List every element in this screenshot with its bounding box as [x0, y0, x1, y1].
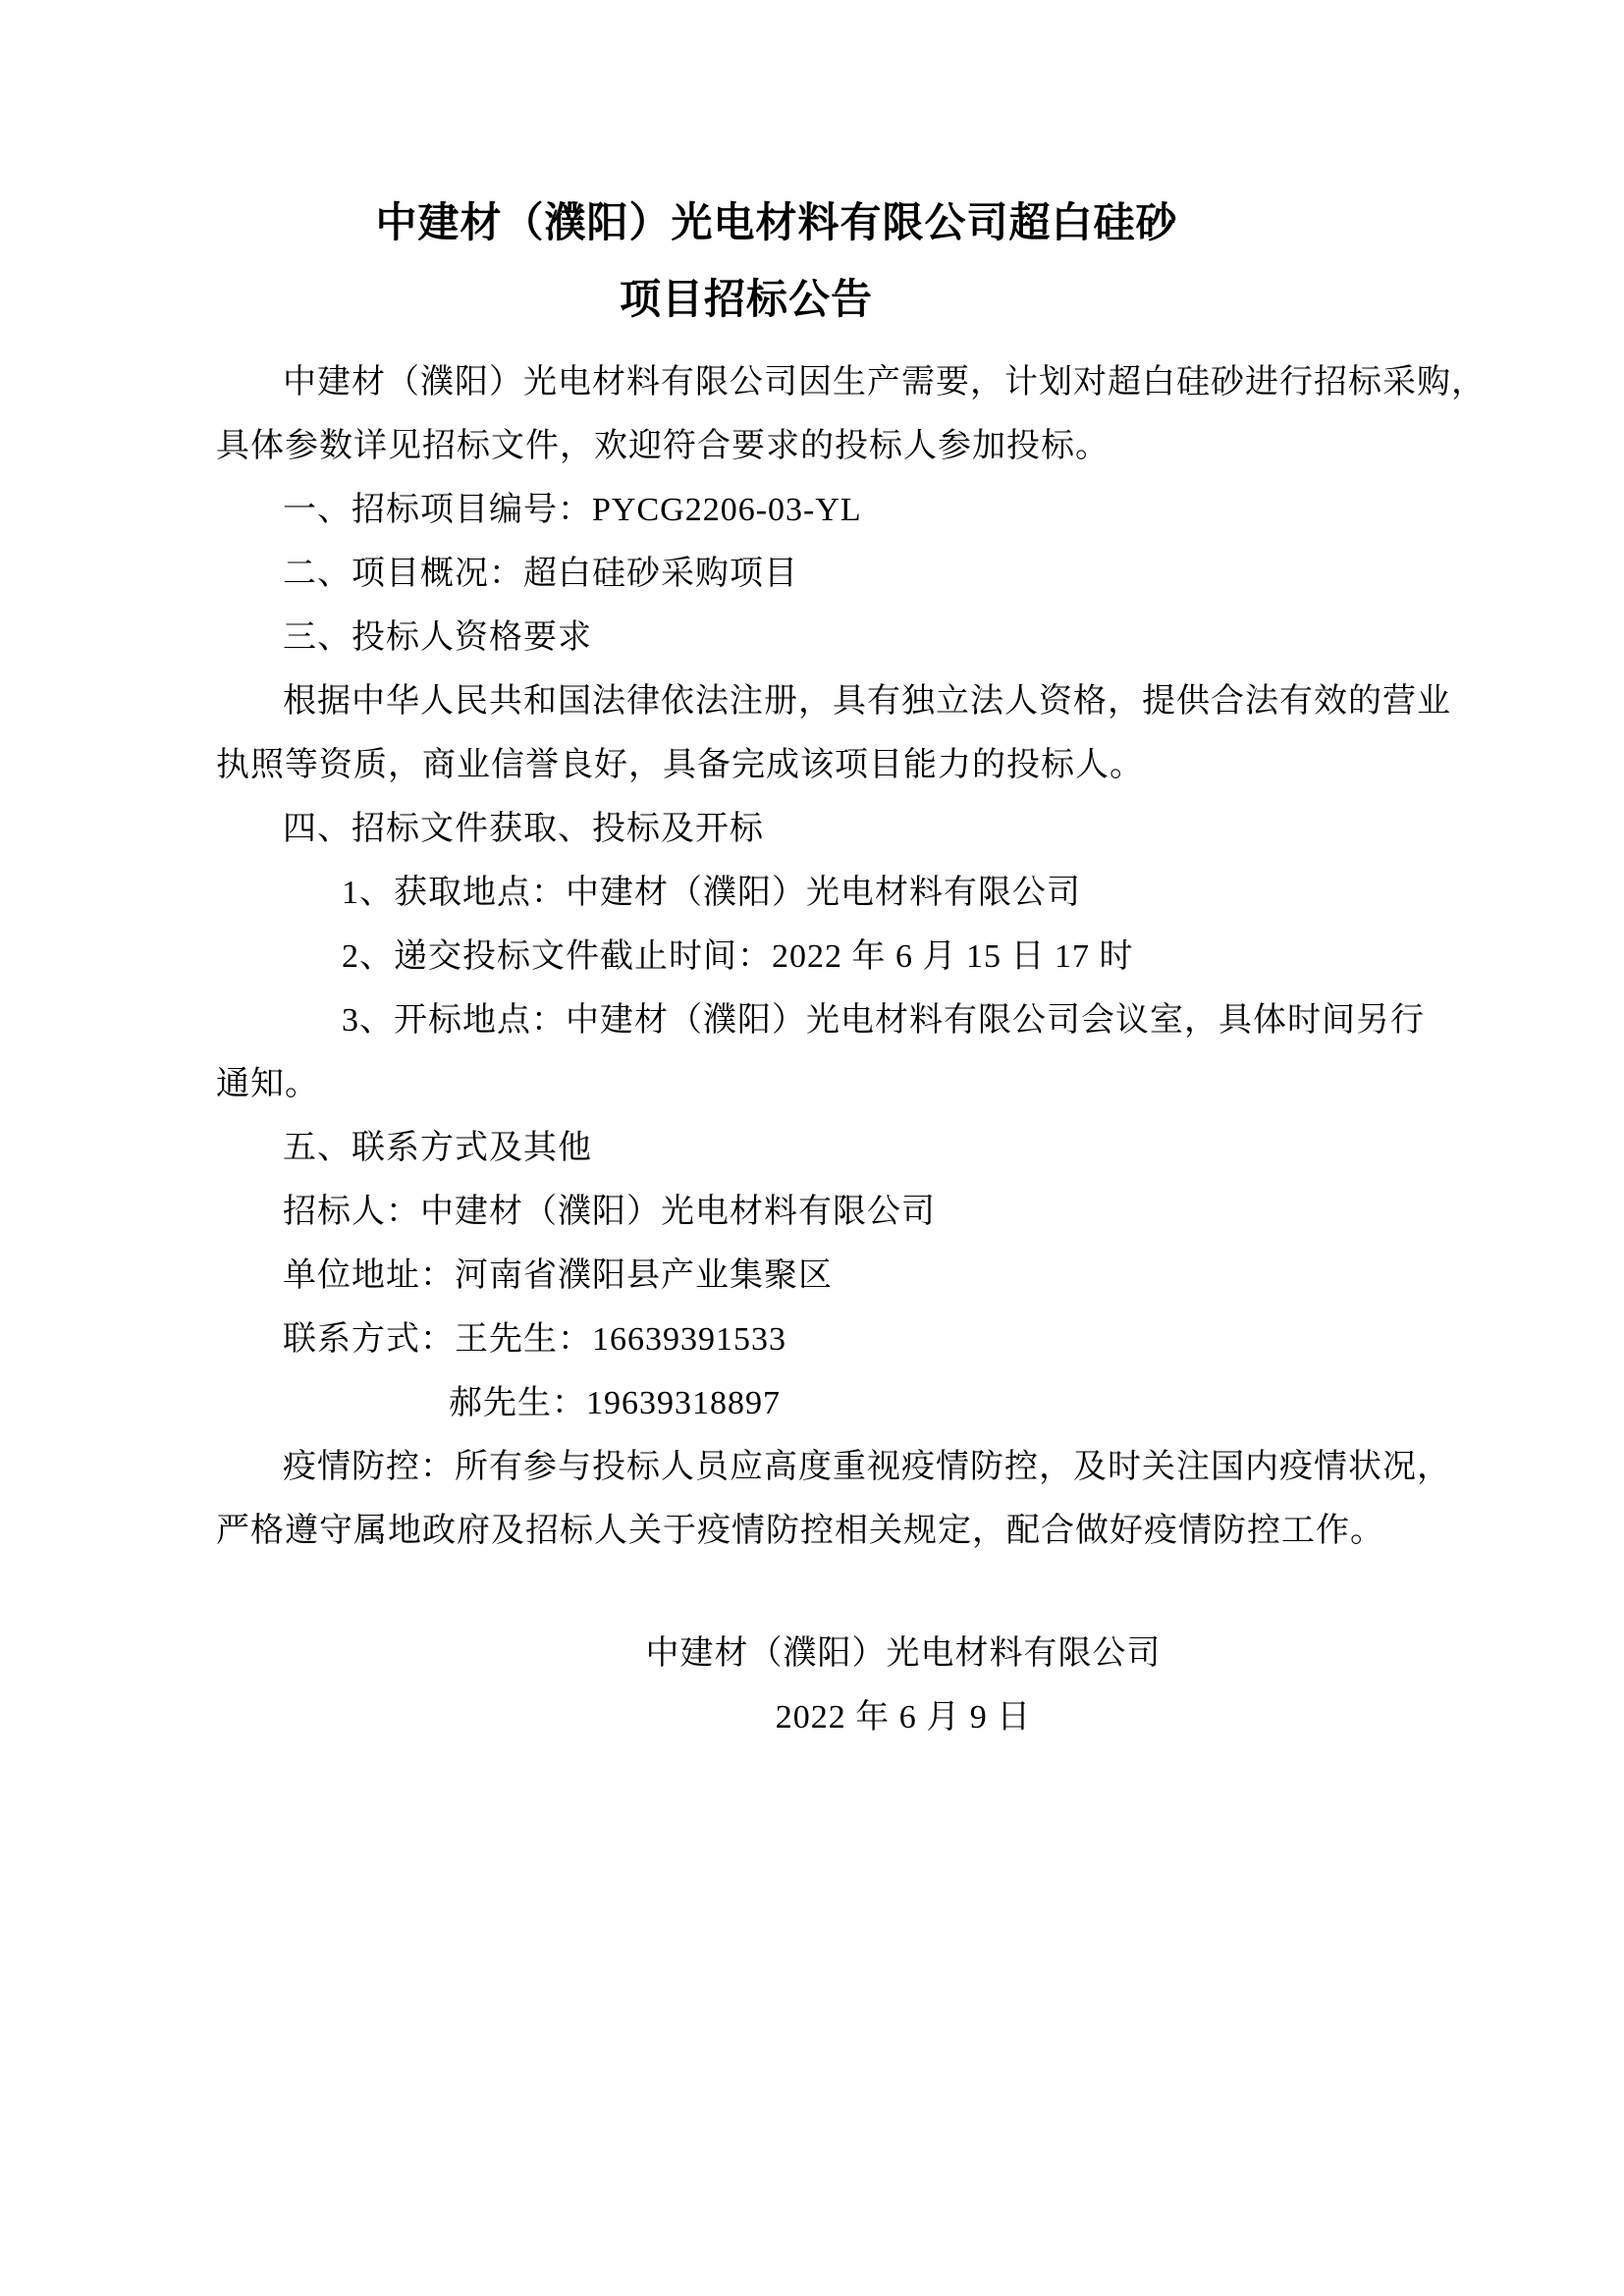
contact-phone-wang: 联系方式：王先生：16639391533 [283, 1308, 1404, 1371]
section-4-bid-process: 四、招标文件获取、投标及开标 [283, 797, 1404, 861]
sub-item-1-location: 1、获取地点：中建材（濮阳）光电材料有限公司 [342, 861, 1404, 925]
signature-block: 中建材（濮阳）光电材料有限公司 2022 年 6 月 9 日 [216, 1622, 1404, 1749]
document-body: 中建材（濮阳）光电材料有限公司因生产需要，计划对超白硅砂进行招标采购， 具体参数… [216, 350, 1404, 1563]
opening-continued: 通知。 [216, 1052, 1404, 1116]
sub-item-2-deadline: 2、递交投标文件截止时间：2022 年 6 月 15 日 17 时 [342, 925, 1404, 988]
intro-line-2: 具体参数详见招标文件，欢迎符合要求的投标人参加投标。 [216, 414, 1404, 478]
covid-line-2: 严格遵守属地政府及招标人关于疫情防控相关规定，配合做好疫情防控工作。 [216, 1499, 1404, 1563]
contact-phone-hao: 郝先生：19639318897 [449, 1371, 1404, 1435]
section-2-overview: 二、项目概况：超白硅砂采购项目 [283, 542, 1404, 606]
document-title-line1: 中建材（濮阳）光电材料有限公司超白硅砂 [183, 185, 1371, 261]
document-title-line2: 项目招标公告 [152, 261, 1340, 338]
section-5-contact: 五、联系方式及其他 [283, 1116, 1404, 1180]
contact-address: 单位地址：河南省濮阳县产业集聚区 [283, 1244, 1404, 1308]
sub-item-3-opening: 3、开标地点：中建材（濮阳）光电材料有限公司会议室，具体时间另行 [342, 988, 1404, 1052]
document-page: 中建材（濮阳）光电材料有限公司超白硅砂 项目招标公告 中建材（濮阳）光电材料有限… [0, 0, 1624, 2296]
signature-date: 2022 年 6 月 9 日 [309, 1685, 1497, 1749]
intro-line-1: 中建材（濮阳）光电材料有限公司因生产需要，计划对超白硅砂进行招标采购， [283, 350, 1404, 414]
contact-tenderer: 招标人：中建材（濮阳）光电材料有限公司 [283, 1180, 1404, 1244]
qualification-line-2: 执照等资质，商业信誉良好，具备完成该项目能力的投标人。 [216, 733, 1404, 797]
signature-company: 中建材（濮阳）光电材料有限公司 [309, 1622, 1497, 1685]
section-1-project-number: 一、招标项目编号：PYCG2206-03-YL [283, 478, 1404, 542]
qualification-line-1: 根据中华人民共和国法律依法注册，具有独立法人资格，提供合法有效的营业 [283, 669, 1404, 733]
section-3-qualification: 三、投标人资格要求 [283, 606, 1404, 669]
covid-line-1: 疫情防控：所有参与投标人员应高度重视疫情防控，及时关注国内疫情状况， [283, 1435, 1404, 1499]
